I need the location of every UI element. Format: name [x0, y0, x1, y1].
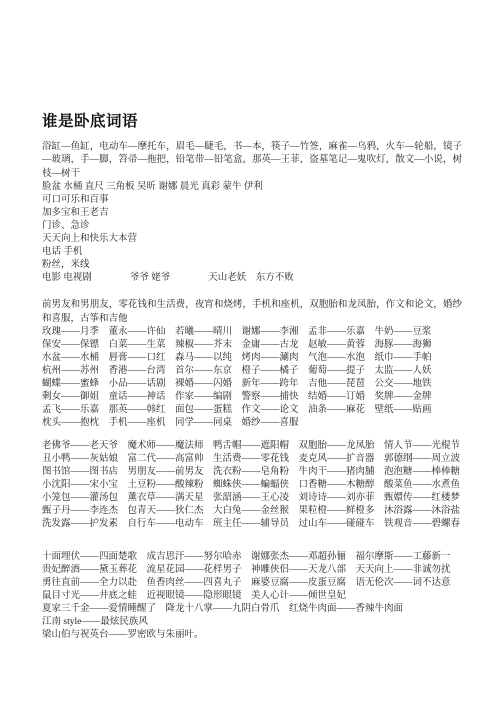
word-line: 加多宝和王老吉 [42, 207, 462, 220]
word-line: 粉丝，米线 [42, 259, 462, 272]
pair-row: 江南 style——最炫民族风 [42, 616, 462, 629]
pair-row: 十面埋伏——四面楚歌 成吉思汗——努尔哈赤 谢娜张杰——邓超孙俪 福尔摩斯——工… [42, 551, 462, 564]
word-line: 天天向上和快乐大本营 [42, 233, 462, 246]
and-pairs-paragraph: 前男友和男朋友，零花钱和生活费，夜宵和烧烤，手机和座机，双胞胎和龙凤胎，作文和论… [42, 299, 462, 326]
word-line: 可口可乐和百事 [42, 194, 462, 207]
pair-row: 小沈阳——宋小宝 土豆粉——酸辣粉 蜘蛛侠——蝙蝠侠 口香糖——木糖醇 酸菜鱼—… [42, 479, 462, 492]
word-line: 电话 手机 [42, 246, 462, 259]
document-page: 谁是卧底词语 浴缸—鱼缸，电动车—摩托车，眉毛—睫毛，书—本，筷子—竹签，麻雀—… [42, 112, 462, 642]
pair-row: 图书馆——图书店 男朋友——前男友 洗衣粉——皂角粉 牛肉干——猪肉脯 泡泡糖—… [42, 466, 462, 479]
pair-row: 贵妃醉酒——黛玉葬花 流星花园——花样男子 神雕侠侣——天龙八部 天天向上——非… [42, 564, 462, 577]
pair-row: 玫瑰——月季 董永——许仙 若曦——晴川 谢娜——李湘 孟非——乐嘉 牛奶——豆… [42, 326, 462, 339]
pair-row: 洗发露——护发素 自行车——电动车 班主任——辅导员 过山车——碰碰车 铁观音—… [42, 518, 462, 531]
pair-row: 孟飞——乐嘉 那英——韩红 面包——蛋糕 作文——论文 油条——麻花 壁纸——贴… [42, 404, 462, 417]
pair-row: 勇往直前——全力以赴 鱼香肉丝——四喜丸子 麻婆豆腐——皮蛋豆腐 语无伦次——词… [42, 577, 462, 590]
pair-row: 夏家三千金——爱情睡醒了 降龙十八掌——九阴白骨爪 红烧牛肉面——香辣牛肉面 [42, 603, 462, 616]
pair-row: 老佛爷——老天爷 魔术师——魔法师 鸭舌帽——遮阳帽 双胞胎——龙凤胎 情人节—… [42, 440, 462, 453]
page-title: 谁是卧底词语 [42, 112, 462, 132]
pair-rows-four-char: 十面埋伏——四面楚歌 成吉思汗——努尔哈赤 谢娜张杰——邓超孙俪 福尔摩斯——工… [42, 551, 462, 642]
pair-row: 枕头——抱枕 手机——座机 同学——同桌 婚纱——喜服 [42, 417, 462, 430]
word-line: 电影 电视剧 爷爷 姥爷 天山老妖 东方不败 [42, 272, 462, 285]
word-list-lines: 脸盆 水桶 直尺 三角板 吴昕 谢娜 晨光 真彩 蒙牛 伊利可口可乐和百事加多宝… [42, 181, 462, 285]
pair-row: 保安——保镖 白菜——生菜 辣椒——芥末 金庸——古龙 赵敏——黄蓉 海豚——海… [42, 339, 462, 352]
word-line: 脸盆 水桶 直尺 三角板 吴昕 谢娜 晨光 真彩 蒙牛 伊利 [42, 181, 462, 194]
intro-paragraph: 浴缸—鱼缸，电动车—摩托车，眉毛—睫毛，书—本，筷子—竹签，麻雀—乌鸦，火车—轮… [42, 141, 462, 181]
pair-row: 丑小鸭——灰姑娘 富二代——高富帅 生活费——零花钱 麦克风——扩音器 郭德纲—… [42, 453, 462, 466]
pair-row: 蝴蝶——蜜蜂 小品——话剧 裸婚——闪婚 新年——跨年 吉他——琵琶 公交——地… [42, 378, 462, 391]
word-line: 门诊、急诊 [42, 220, 462, 233]
pair-row: 剩女——御姐 童话——神话 作家——编剧 警察——捕快 结婚——订婚 奖牌——金… [42, 391, 462, 404]
pair-rows-two-char: 玫瑰——月季 董永——许仙 若曦——晴川 谢娜——李湘 孟非——乐嘉 牛奶——豆… [42, 326, 462, 430]
pair-row: 杭州——苏州 香港——台湾 首尔——东京 橙子——橘子 葡萄——提子 太监——人… [42, 365, 462, 378]
pair-row: 水盆——水桶 唇膏——口红 森马——以纯 烤肉——涮肉 气泡——水泡 纸巾——手… [42, 352, 462, 365]
pair-rows-three-char: 老佛爷——老天爷 魔术师——魔法师 鸭舌帽——遮阳帽 双胞胎——龙凤胎 情人节—… [42, 440, 462, 531]
pair-row: 甄子丹——李连杰 包青天——狄仁杰 大白兔——金丝猴 果粒橙——鲜橙多 沐浴露—… [42, 505, 462, 518]
pair-row: 小笼包——灌汤包 薰衣草——满天星 张韶涵——王心凌 刘诗诗——刘亦菲 甄嬛传—… [42, 492, 462, 505]
pair-row: 梁山伯与祝英台——罗密欧与朱丽叶。 [42, 629, 462, 642]
pair-row: 鼠目寸光——井底之蛙 近视眼镜——隐形眼镜 美人心计——倾世皇妃 [42, 590, 462, 603]
